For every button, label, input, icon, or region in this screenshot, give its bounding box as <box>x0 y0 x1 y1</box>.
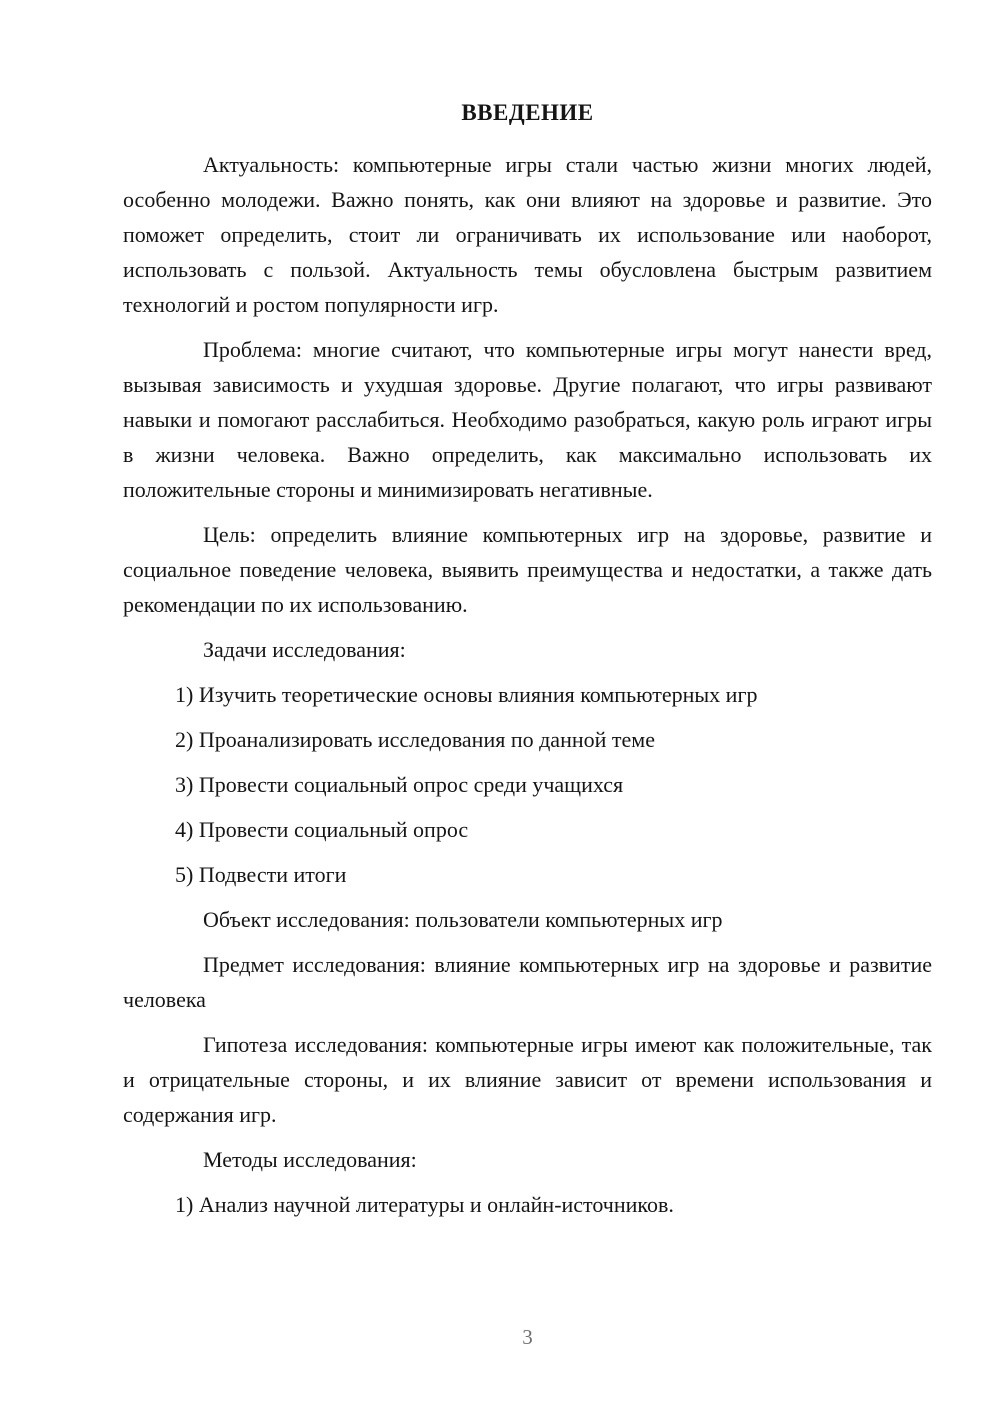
document-body: ВВЕДЕНИЕ Актуальность: компьютерные игры… <box>123 95 932 1232</box>
task-item-5: 5) Подвести итоги <box>123 857 932 892</box>
page-title: ВВЕДЕНИЕ <box>123 95 932 130</box>
task-item-1: 1) Изучить теоретические основы влияния … <box>123 677 932 712</box>
task-item-2: 2) Проанализировать исследования по данн… <box>123 722 932 757</box>
method-item-1: 1) Анализ научной литературы и онлайн-ис… <box>123 1187 932 1222</box>
paragraph-metody-heading: Методы исследования: <box>123 1142 932 1177</box>
document-page: ВВЕДЕНИЕ Актуальность: компьютерные игры… <box>0 0 1000 1414</box>
paragraph-aktualnost: Актуальность: компьютерные игры стали ча… <box>123 147 932 322</box>
paragraph-zadachi-heading: Задачи исследования: <box>123 632 932 667</box>
paragraph-predmet: Предмет исследования: влияние компьютерн… <box>123 947 932 1017</box>
task-item-3: 3) Провести социальный опрос среди учащи… <box>123 767 932 802</box>
task-item-4: 4) Провести социальный опрос <box>123 812 932 847</box>
paragraph-problema: Проблема: многие считают, что компьютерн… <box>123 332 932 507</box>
paragraph-gipoteza: Гипотеза исследования: компьютерные игры… <box>123 1027 932 1132</box>
paragraph-tsel: Цель: определить влияние компьютерных иг… <box>123 517 932 622</box>
paragraph-obyekt: Объект исследования: пользователи компью… <box>123 902 932 937</box>
page-number: 3 <box>123 1320 932 1355</box>
